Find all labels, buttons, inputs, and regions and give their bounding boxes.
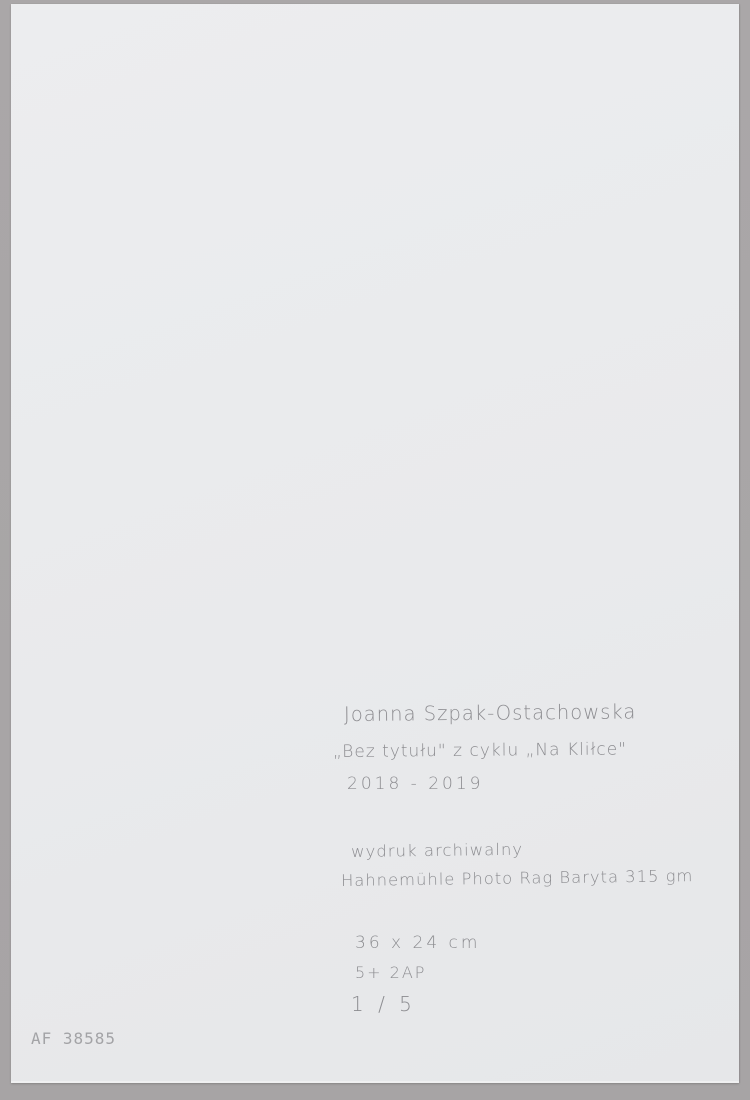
inventory-number: AF 38585 — [31, 1029, 116, 1048]
print-type: wydruk archiwalny — [351, 840, 523, 861]
work-years: 2018 - 2019 — [347, 774, 483, 794]
paper-sheet: Joanna Szpak-Ostachowska „Bez tytułu" z … — [11, 4, 739, 1083]
artist-name: Joanna Szpak-Ostachowska — [344, 699, 637, 726]
edition-number: 1 / 5 — [351, 992, 416, 1016]
edition-size: 5+ 2AP — [355, 963, 426, 982]
dimensions: 36 x 24 cm — [355, 933, 480, 953]
work-title: „Bez tytułu" z cyklu „Na Kliłce" — [333, 739, 627, 762]
paper-type: Hahnemühle Photo Rag Baryta 315 gm — [341, 866, 694, 890]
